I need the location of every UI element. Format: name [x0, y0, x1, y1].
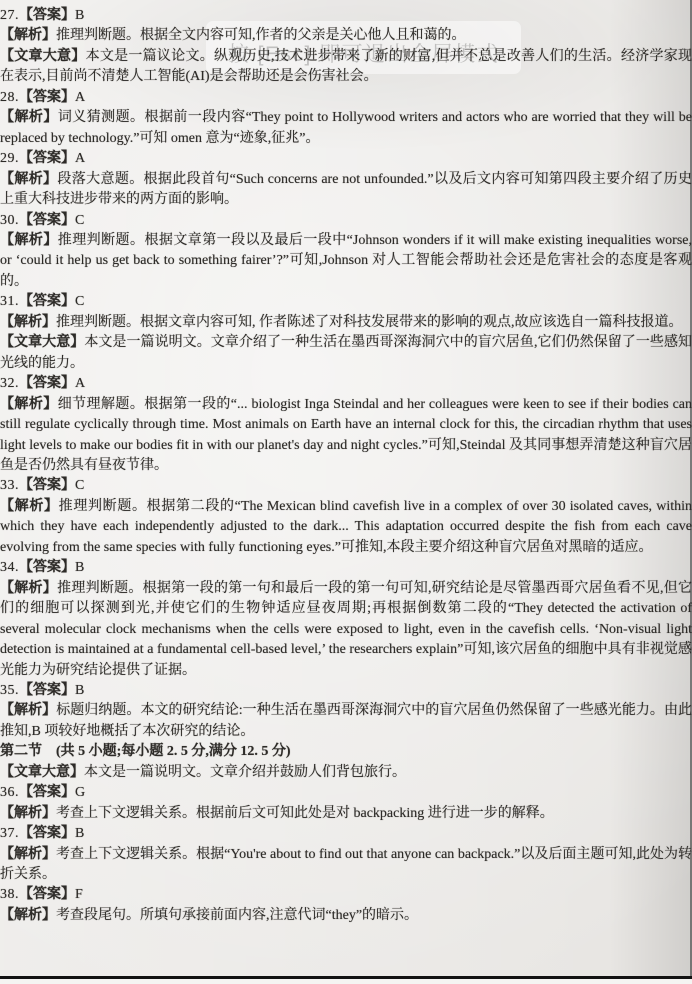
analysis-paragraph: 【解析】推理判断题。根据全文内容可知,作者的父亲是关心他人且和蔼的。 — [0, 26, 692, 46]
analysis-label: 【解析】 — [0, 397, 58, 412]
answer-letter: C — [75, 478, 84, 493]
question-number: 29. — [0, 151, 19, 166]
summary-paragraph: 【文章大意】本文是一篇议论文。纵观历史,技术进步带来了新的财富,但并不总是改善人… — [0, 47, 692, 88]
item-text: 段落大意题。根据此段首句“Such concerns are not unfou… — [0, 172, 692, 207]
answer-label: 【答案】 — [19, 826, 75, 841]
answer-letter: A — [75, 151, 85, 166]
answer-line: 37.【答案】B — [0, 824, 692, 844]
analysis-label: 【解析】 — [0, 172, 57, 187]
answer-letter: C — [75, 213, 84, 228]
item-text: 本文是一篇议论文。纵观历史,技术进步带来了新的财富,但并不总是改善人们的生活。经… — [0, 49, 692, 84]
analysis-label: 【解析】 — [0, 28, 56, 43]
question-number: 32. — [0, 376, 19, 391]
answer-letter: A — [75, 376, 85, 391]
summary-paragraph: 【文章大意】本文是一篇说明文。文章介绍了一种生活在墨西哥深海洞穴中的盲穴居鱼,它… — [0, 333, 692, 374]
item-text: 推理判断题。根据第二段的“The Mexican blind cavefish … — [0, 499, 692, 555]
analysis-label: 【解析】 — [0, 847, 56, 862]
analysis-label: 【解析】 — [0, 315, 56, 330]
question-number: 34. — [0, 560, 19, 575]
summary-label: 【文章大意】 — [0, 49, 86, 64]
answer-letter: C — [75, 294, 84, 309]
answer-label: 【答案】 — [19, 376, 75, 391]
item-text: 推理判断题。根据第一段的第一句和最后一段的第一句可知,研究结论是尽管墨西哥穴居鱼… — [0, 581, 692, 678]
analysis-label: 【解析】 — [0, 581, 57, 596]
answer-label: 【答案】 — [19, 785, 75, 800]
below-page-edge — [0, 979, 692, 984]
question-number: 35. — [0, 683, 19, 698]
item-text: 考查段尾句。所填句承接前面内容,注意代词“they”的暗示。 — [56, 908, 418, 923]
analysis-label: 【解析】 — [0, 806, 56, 821]
answer-letter: B — [75, 683, 84, 698]
item-text: 第二节 (共 5 小题;每小题 2. 5 分,满分 12. 5 分) — [0, 744, 291, 759]
question-number: 27. — [0, 8, 19, 23]
question-number: 30. — [0, 213, 19, 228]
exam-answer-page: 按 [Esc] 即可退出全屏模式 27.【答案】B【解析】推理判断题。根据全文内… — [0, 0, 692, 984]
analysis-paragraph: 【解析】细节理解题。根据第一段的“... biologist Inga Stei… — [0, 395, 692, 477]
answer-line: 29.【答案】A — [0, 149, 692, 169]
answer-label: 【答案】 — [19, 887, 75, 902]
analysis-paragraph: 【解析】考查上下文逻辑关系。根据“You're about to find ou… — [0, 845, 692, 886]
answer-line: 31.【答案】C — [0, 292, 692, 312]
item-text: 推理判断题。根据全文内容可知,作者的父亲是关心他人且和蔼的。 — [56, 28, 466, 43]
question-number: 38. — [0, 887, 19, 902]
answer-letter: G — [75, 785, 85, 800]
item-text: 本文是一篇说明文。文章介绍并鼓励人们背包旅行。 — [84, 765, 406, 780]
answer-label: 【答案】 — [19, 8, 75, 23]
item-text: 词义猜测题。根据前一段内容“They point to Hollywood wr… — [0, 110, 692, 145]
item-text: 推理判断题。根据文章内容可知, 作者陈述了对科技发展带来的影响的观点,故应该选自… — [56, 315, 683, 330]
item-text: 考查上下文逻辑关系。根据前后文可知此处是对 backpacking 进行进一步的… — [56, 806, 554, 821]
analysis-paragraph: 【解析】词义猜测题。根据前一段内容“They point to Hollywoo… — [0, 108, 692, 149]
answer-line: 34.【答案】B — [0, 558, 692, 578]
summary-label: 【文章大意】 — [0, 335, 84, 350]
answer-line: 33.【答案】C — [0, 476, 692, 496]
analysis-paragraph: 【解析】标题归纳题。本文的研究结论:一种生活在墨西哥深海洞穴中的盲穴居鱼仍然保留… — [0, 701, 692, 742]
answer-line: 38.【答案】F — [0, 885, 692, 905]
item-text: 标题归纳题。本文的研究结论:一种生活在墨西哥深海洞穴中的盲穴居鱼仍然保留了一些感… — [0, 703, 692, 738]
answer-line: 36.【答案】G — [0, 783, 692, 803]
analysis-paragraph: 【解析】推理判断题。根据第二段的“The Mexican blind cavef… — [0, 497, 692, 558]
question-number: 31. — [0, 294, 19, 309]
answer-letter: B — [75, 560, 84, 575]
analysis-paragraph: 【解析】考查上下文逻辑关系。根据前后文可知此处是对 backpacking 进行… — [0, 804, 692, 824]
question-number: 36. — [0, 785, 19, 800]
analysis-label: 【解析】 — [0, 499, 59, 514]
question-number: 33. — [0, 478, 19, 493]
item-text: 细节理解题。根据第一段的“... biologist Inga Steindal… — [0, 397, 692, 473]
answer-letter: A — [75, 90, 85, 105]
answer-line: 32.【答案】A — [0, 374, 692, 394]
analysis-label: 【解析】 — [0, 233, 58, 248]
answer-label: 【答案】 — [19, 90, 75, 105]
answer-letter: F — [75, 887, 83, 902]
analysis-paragraph: 【解析】段落大意题。根据此段首句“Such concerns are not u… — [0, 170, 692, 211]
item-text: 推理判断题。根据文章第一段以及最后一段中“Johnson wonders if … — [0, 233, 692, 289]
answer-label: 【答案】 — [19, 560, 75, 575]
answer-letter: B — [75, 826, 84, 841]
analysis-label: 【解析】 — [0, 703, 56, 718]
question-number: 28. — [0, 90, 19, 105]
answer-label: 【答案】 — [19, 151, 75, 166]
item-text: 本文是一篇说明文。文章介绍了一种生活在墨西哥深海洞穴中的盲穴居鱼,它们仍然保留了… — [0, 335, 692, 370]
analysis-paragraph: 【解析】考查段尾句。所填句承接前面内容,注意代词“they”的暗示。 — [0, 906, 692, 926]
answer-letter: B — [75, 8, 84, 23]
analysis-paragraph: 【解析】推理判断题。根据文章第一段以及最后一段中“Johnson wonders… — [0, 231, 692, 292]
analysis-label: 【解析】 — [0, 908, 56, 923]
answer-label: 【答案】 — [19, 294, 75, 309]
answer-label: 【答案】 — [19, 478, 75, 493]
summary-label: 【文章大意】 — [0, 765, 84, 780]
answer-label: 【答案】 — [19, 213, 75, 228]
section-heading: 第二节 (共 5 小题;每小题 2. 5 分,满分 12. 5 分) — [0, 742, 692, 762]
answer-line: 30.【答案】C — [0, 211, 692, 231]
analysis-paragraph: 【解析】推理判断题。根据第一段的第一句和最后一段的第一句可知,研究结论是尽管墨西… — [0, 579, 692, 681]
answer-line: 28.【答案】A — [0, 88, 692, 108]
items-host: 27.【答案】B【解析】推理判断题。根据全文内容可知,作者的父亲是关心他人且和蔼… — [0, 6, 692, 926]
answer-line: 27.【答案】B — [0, 6, 692, 26]
item-text: 考查上下文逻辑关系。根据“You're about to find out th… — [0, 847, 692, 882]
analysis-paragraph: 【解析】推理判断题。根据文章内容可知, 作者陈述了对科技发展带来的影响的观点,故… — [0, 313, 692, 333]
analysis-label: 【解析】 — [0, 110, 58, 125]
answer-line: 35.【答案】B — [0, 681, 692, 701]
summary-paragraph: 【文章大意】本文是一篇说明文。文章介绍并鼓励人们背包旅行。 — [0, 763, 692, 783]
question-number: 37. — [0, 826, 19, 841]
answer-label: 【答案】 — [19, 683, 75, 698]
